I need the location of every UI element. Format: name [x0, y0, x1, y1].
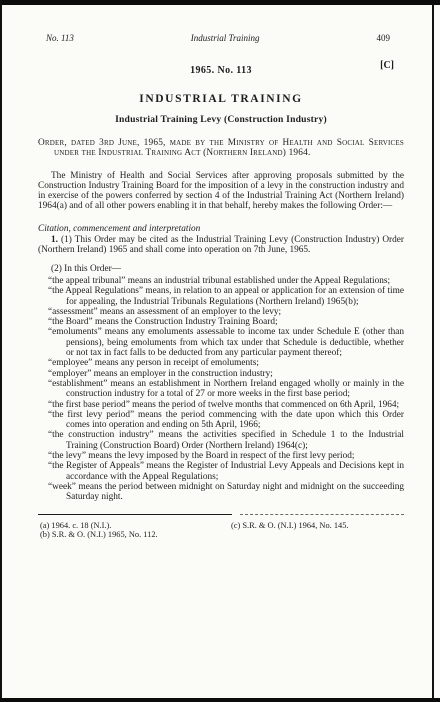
definition-item: “employer” means an employer in the cons…: [38, 369, 404, 379]
definition-item: “the first levy period” means the period…: [38, 410, 404, 431]
definition-item: “employee” means any person in receipt o…: [38, 358, 404, 368]
definitions-list: “the appeal tribunal” means an industria…: [38, 276, 404, 503]
intro-paragraph: The Ministry of Health and Social Servic…: [38, 171, 404, 212]
definition-item: “week” means the period between midnight…: [38, 482, 404, 503]
article-1-paragraph-2-intro: (2) In this Order—: [38, 264, 404, 274]
definition-item: “the appeal tribunal” means an industria…: [38, 276, 404, 286]
footnote-c: (c) S.R. & O. (N.I.) 1964, No. 145.: [231, 521, 404, 531]
scan-edge-top: [0, 0, 440, 5]
category-title: INDUSTRIAL TRAINING: [38, 93, 404, 105]
doc-number-row: 1965. No. 113 [C]: [38, 60, 404, 78]
definition-item: “the levy” means the levy imposed by the…: [38, 451, 404, 461]
definition-item: “the Board” means the Construction Indus…: [38, 317, 404, 327]
header-page-number: 409: [376, 33, 404, 43]
document-page: No. 113 Industrial Training 409 1965. No…: [0, 0, 440, 702]
definition-item: “establishment” means an establishment i…: [38, 379, 404, 400]
footnote-a: (a) 1964. c. 18 (N.I.).: [40, 521, 223, 531]
footnote-b: (b) S.R. & O. (N.I.) 1965, No. 112.: [40, 530, 223, 540]
footnotes-right-column: (c) S.R. & O. (N.I.) 1964, No. 145.: [223, 521, 404, 540]
definition-item: “the first base period” means the period…: [38, 400, 404, 410]
corner-mark: [C]: [380, 60, 394, 71]
footnotes-left-column: (a) 1964. c. 18 (N.I.). (b) S.R. & O. (N…: [38, 521, 223, 540]
subject-title: Industrial Training Levy (Construction I…: [38, 114, 404, 125]
section-heading: Citation, commencement and interpretatio…: [38, 224, 404, 234]
article-1-paragraph-1: 1. (1) This Order may be cited as the In…: [38, 235, 404, 256]
footnote-rule: [38, 514, 404, 516]
header-order-number: No. 113: [38, 33, 74, 43]
definition-item: “the Register of Appeals” means the Regi…: [38, 461, 404, 482]
article-1-text: (1) This Order may be cited as the Indus…: [38, 235, 404, 255]
footnote-rule-solid: [38, 514, 232, 515]
definition-item: “emoluments” means any emoluments assess…: [38, 327, 404, 358]
order-recital: Order, dated 3rd June, 1965, made by the…: [38, 138, 404, 159]
header-series-title: Industrial Training: [191, 33, 260, 43]
running-header: No. 113 Industrial Training 409: [38, 33, 404, 43]
footnotes: (a) 1964. c. 18 (N.I.). (b) S.R. & O. (N…: [38, 521, 404, 540]
definition-item: “the Appeal Regulations” means, in relat…: [38, 286, 404, 307]
doc-number: 1965. No. 113: [190, 65, 252, 76]
page-content: No. 113 Industrial Training 409 1965. No…: [0, 33, 440, 540]
article-number: 1.: [51, 235, 58, 245]
definition-item: “assessment” means an assessment of an e…: [38, 307, 404, 317]
definition-item: “the construction industry” means the ac…: [38, 430, 404, 451]
scan-edge-bottom: [0, 698, 440, 702]
footnote-rule-dashes: [240, 514, 404, 515]
